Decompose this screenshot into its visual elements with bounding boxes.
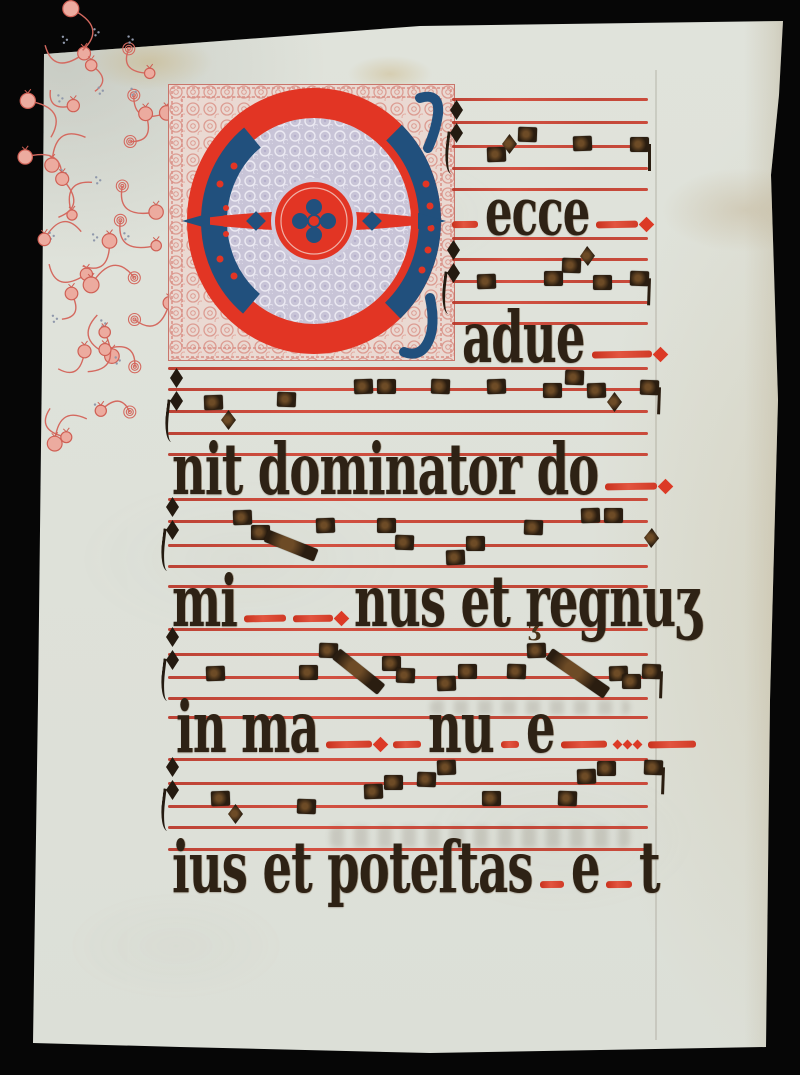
line-filler [592,350,652,358]
line-filler [244,615,286,623]
lyric-word: e [571,840,600,898]
lyric-word: t [639,840,660,898]
lyric-layer: ecceaduenit dominator dominus et regnuʒi… [0,0,800,1075]
lyric-word: ius et poteſtas [172,840,533,898]
filler-diamond [652,347,668,363]
line-filler [540,881,564,888]
line-filler [501,741,519,748]
lyric-word: in ma [176,700,319,758]
lyric-word: ecce [485,184,589,238]
filler-diamond [658,479,674,495]
lyric-line-3: nit dominator do [172,454,671,500]
lyric-word: e [526,700,555,758]
filler-diamond [372,737,388,753]
lyric-line-6: ius et poteſtaset [172,852,660,898]
filler-diamond [334,611,350,627]
lyric-word: adue [462,310,585,368]
line-filler [561,741,607,749]
lyric-line-4: minus et regnuʒ [172,586,701,632]
line-filler [606,881,632,888]
lyric-line-2: adue [462,322,666,368]
line-filler [648,741,696,749]
filler-dots [614,741,641,748]
lyric-line-5: in manue [176,712,696,758]
filler-diamond [639,217,655,233]
line-filler [293,615,333,623]
lyric-line-1: ecce [452,192,652,238]
lyric-word: nu [428,700,494,758]
lyric-word: nus et regnuʒ [354,574,701,632]
line-filler [452,221,478,228]
line-filler [326,741,372,749]
line-filler [596,221,638,229]
photo-backdrop: E [0,0,800,1075]
line-filler [393,741,421,748]
lyric-word: mi [172,574,237,632]
lyric-word: nit dominator do [172,442,598,500]
line-filler [605,483,657,491]
